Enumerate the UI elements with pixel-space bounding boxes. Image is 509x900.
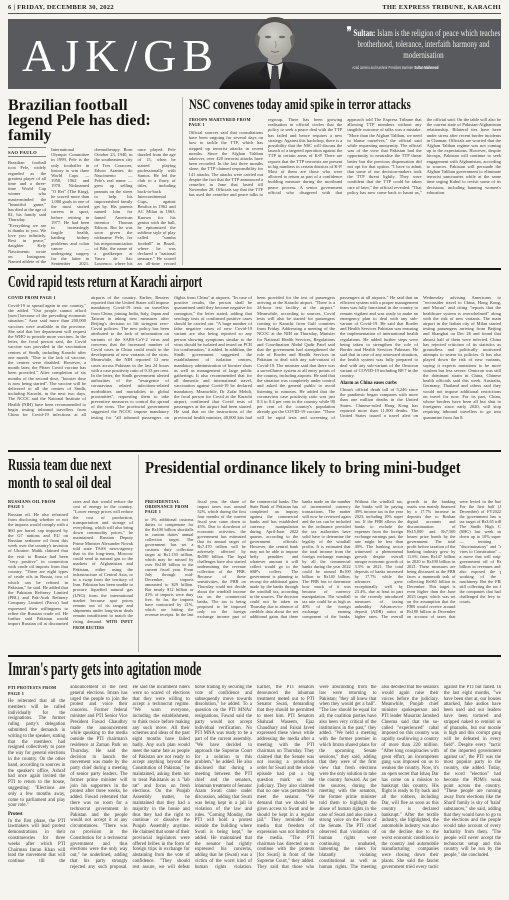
pti-subhead: Protest <box>8 812 65 818</box>
nsc-body: TROOPS MARTYRED FROM PAGE 1 Official sou… <box>189 117 501 261</box>
covid-body: COVID FROM PAGE 1 Covid-19 to spread aga… <box>8 295 501 447</box>
nsc-body-text: Official sources said that consultations… <box>189 117 501 198</box>
newspaper-page: 6 | FRIDAY, DECEMBER 30, 2022 THE EXPRES… <box>0 0 509 887</box>
top-section: Brazilian football legend Pele has died:… <box>8 97 501 265</box>
pti-kicker: PTI PROTESTS FROM PAGE 1 <box>8 685 65 697</box>
ordinance-body-text: to 3% additional customs duties to compe… <box>145 499 501 619</box>
ordinance-kicker: PRESIDENTIAL ORDINANCE FROM PAGE 1 <box>145 499 193 514</box>
banner-quote: ❞ Sultan: Islam is the religion of peace… <box>345 26 502 70</box>
middle-section: Russia team due next month to seal oil d… <box>8 455 501 652</box>
folio-publication: THE EXPRESS TRIBUNE, KARACHI <box>382 4 501 11</box>
article-pele: Brazilian football legend Pele has died:… <box>8 97 183 265</box>
page-folio: 6 | FRIDAY, DECEMBER 30, 2022 THE EXPRES… <box>8 0 501 14</box>
pti-headline: Imran's party gets into agitation mode <box>8 660 501 680</box>
section-title: AJK/GB <box>22 21 219 91</box>
ordinance-body: PRESIDENTIAL ORDINANCE FROM PAGE 1 to 3%… <box>145 499 501 647</box>
article-nsc: NSC convenes today amid spike in terror … <box>183 97 501 265</box>
nsc-kicker: TROOPS MARTYRED FROM PAGE 1 <box>189 117 263 127</box>
article-covid: Covid rapid tests return at Karachi airp… <box>8 273 501 447</box>
covid-kicker: COVID FROM PAGE 1 <box>8 295 86 300</box>
russia-body-text: Russian oil. He also refrained from disc… <box>8 499 133 631</box>
article-pti: Imran's party gets into agitation mode P… <box>8 660 501 887</box>
folio-date: 6 | FRIDAY, DECEMBER 30, 2022 <box>8 4 114 11</box>
russia-kicker: RUSSIANS OIL FROM PAGE 1 <box>8 499 68 509</box>
nsc-headline: NSC convenes today amid spike in terror … <box>189 97 501 113</box>
section-divider <box>8 450 501 452</box>
quote-icon: ❞ <box>347 24 352 39</box>
quote-speaker: Sultan: <box>353 28 375 39</box>
covid-subhead: Alarm as China eases curbs <box>340 381 418 386</box>
article-russia-oil: Russia team due next month to seal oil d… <box>8 455 139 652</box>
russia-headline: Russia team due next month to seal oil d… <box>8 456 133 496</box>
pele-headline: Brazilian football legend Pele has died:… <box>8 98 176 143</box>
pele-body-text: Brazilian football icon Pele, widely reg… <box>8 147 176 265</box>
quote-attribution: Azad Jammu and Kashmir President Barrist… <box>345 65 502 70</box>
pti-body: PTI PROTESTS FROM PAGE 1 He reiterated t… <box>8 685 501 887</box>
pti-body-text-2: In the first phase, the PTI lawmakers wi… <box>8 685 501 871</box>
quote-text-block: ❞ Sultan: Islam is the religion of peace… <box>345 26 502 61</box>
section-divider <box>8 655 501 657</box>
quote-text: Islam is the religion of peace which tea… <box>357 28 500 61</box>
russia-body: RUSSIANS OIL FROM PAGE 1 Russian oil. He… <box>8 499 133 647</box>
section-divider <box>8 268 501 270</box>
pti-body-text-1: He reiterated that all the members will … <box>8 699 65 809</box>
section-banner: AJK/GB <box>8 19 501 89</box>
ordinance-headline: Presidential ordinance likely to bring m… <box>145 456 501 496</box>
quote-attribution-name: Sultan Mahmood <box>414 65 438 70</box>
sultan-mahmood-photo <box>211 13 343 89</box>
covid-headline: Covid rapid tests return at Karachi airp… <box>8 273 501 291</box>
article-ordinance: Presidential ordinance likely to bring m… <box>139 455 501 652</box>
pele-body: SAO PAULO Brazilian football icon Pele, … <box>8 147 176 265</box>
pele-dateline: SAO PAULO <box>8 147 46 157</box>
